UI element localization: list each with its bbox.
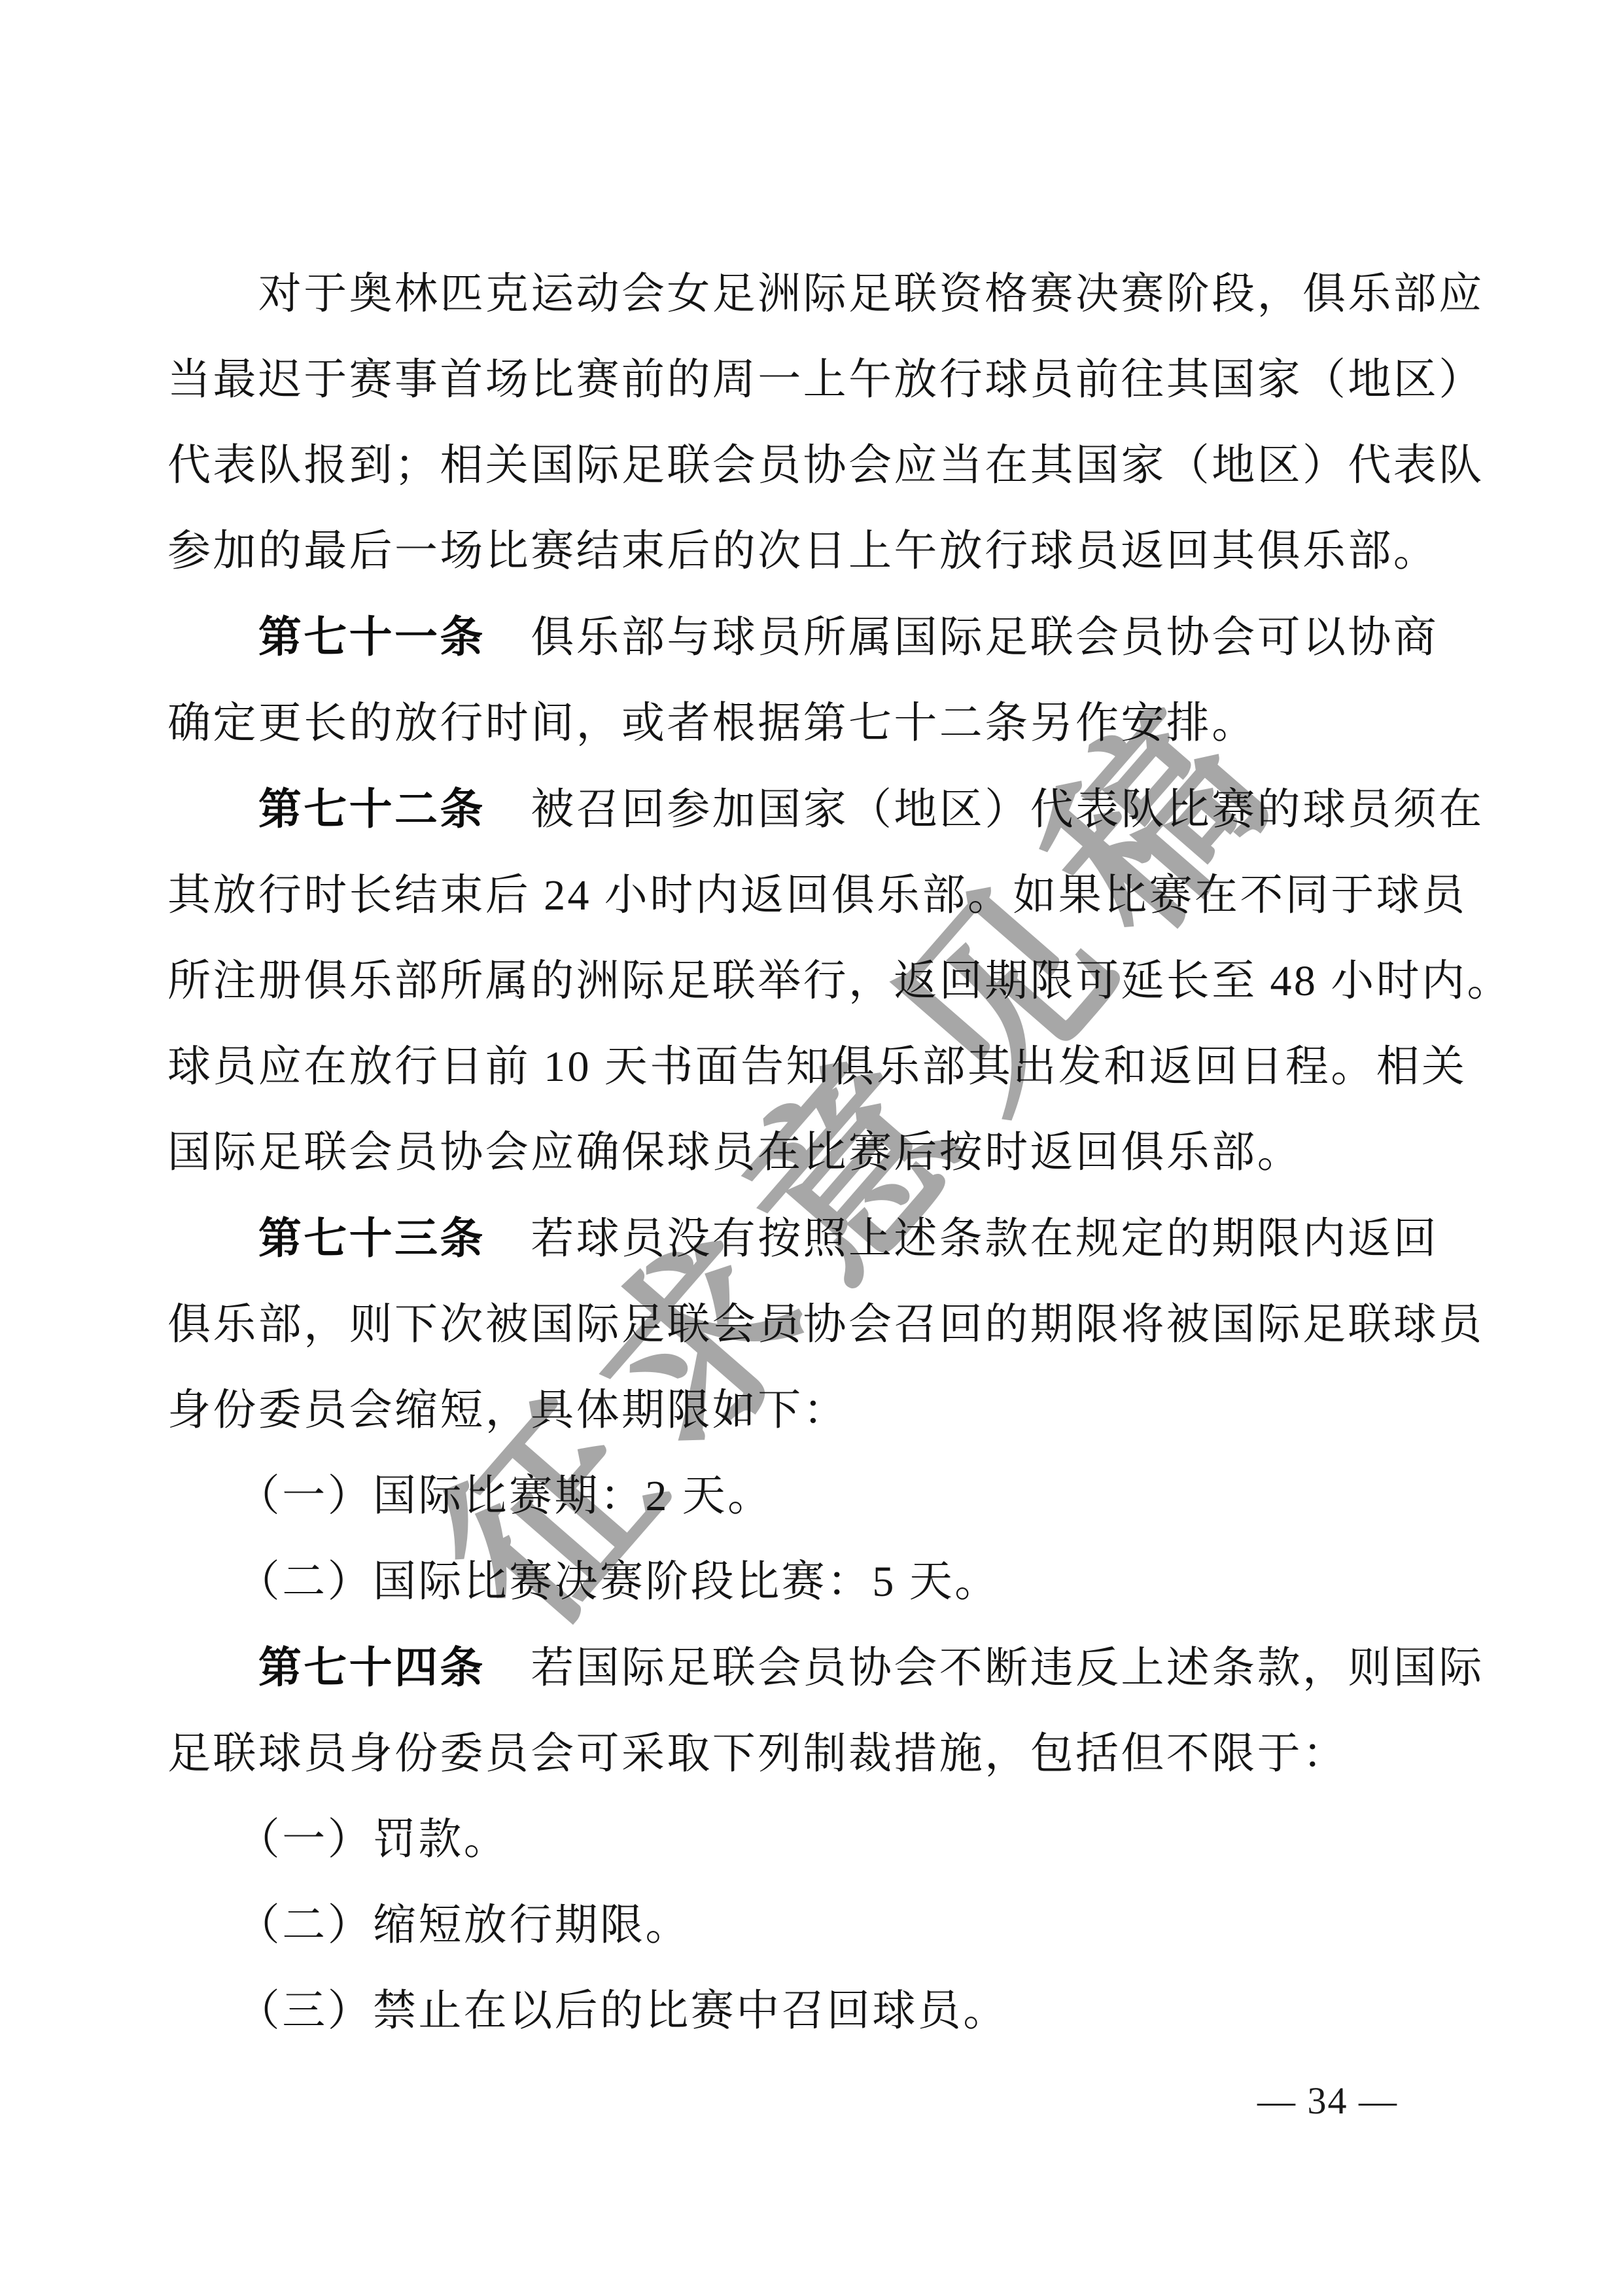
article-72-number: 第七十二条 [258,785,485,833]
paragraph-text: （二）缩短放行期限。 [167,1901,691,1949]
paragraph-text: 被召回参加国家（地区）代表队比赛的球员须在 其放行时长结束后 24 小时内返回俱… [167,786,1512,1176]
article-74-number: 第七十四条 [258,1643,485,1691]
article-74: 第七十四条 若国际足联会员协会不断违反上述条款，则国际 足联球员身份委员会可采取… [167,1625,1482,1797]
list-item-recall-ban: （三）禁止在以后的比赛中召回球员。 [167,1968,1482,2054]
article-73-number: 第七十三条 [258,1214,485,1262]
list-item-match-period: （一）国际比赛期：2 天。 [167,1453,1482,1539]
list-item-fine: （一）罚款。 [167,1797,1482,1882]
document-body: 对于奥林匹克运动会女足洲际足联资格赛决赛阶段，俱乐部应 当最迟于赛事首场比赛前的… [167,251,1482,2054]
article-73: 第七十三条 若球员没有按照上述条款在规定的期限内返回 俱乐部，则下次被国际足联会… [167,1195,1482,1453]
article-71: 第七十一条 俱乐部与球员所属国际足联会员协会可以协商 确定更长的放行时间，或者根… [167,594,1482,766]
list-item-final-stage: （二）国际比赛决赛阶段比赛：5 天。 [167,1539,1482,1625]
paragraph-text: （一）国际比赛期：2 天。 [167,1472,773,1520]
article-71-number: 第七十一条 [258,612,485,661]
paragraph-text: 对于奥林匹克运动会女足洲际足联资格赛决赛阶段，俱乐部应 当最迟于赛事首场比赛前的… [167,270,1484,575]
paragraph-text: （二）国际比赛决赛阶段比赛：5 天。 [167,1558,1000,1606]
paragraph-text: （三）禁止在以后的比赛中召回球员。 [167,1987,1009,2035]
document-page: 征求意见稿 对于奥林匹克运动会女足洲际足联资格赛决赛阶段，俱乐部应 当最迟于赛事… [0,0,1623,2296]
article-72: 第七十二条 被召回参加国家（地区）代表队比赛的球员须在 其放行时长结束后 24 … [167,766,1482,1195]
page-number: — 34 — [1257,2079,1398,2123]
paragraph-indent [167,614,258,662]
paragraph-text: （一）罚款。 [167,1816,509,1863]
list-item-shorten-release: （二）缩短放行期限。 [167,1882,1482,1968]
paragraph-olympic-release: 对于奥林匹克运动会女足洲际足联资格赛决赛阶段，俱乐部应 当最迟于赛事首场比赛前的… [167,251,1482,594]
paragraph-indent [167,786,258,834]
paragraph-indent [167,1215,258,1263]
paragraph-indent [167,1644,258,1692]
